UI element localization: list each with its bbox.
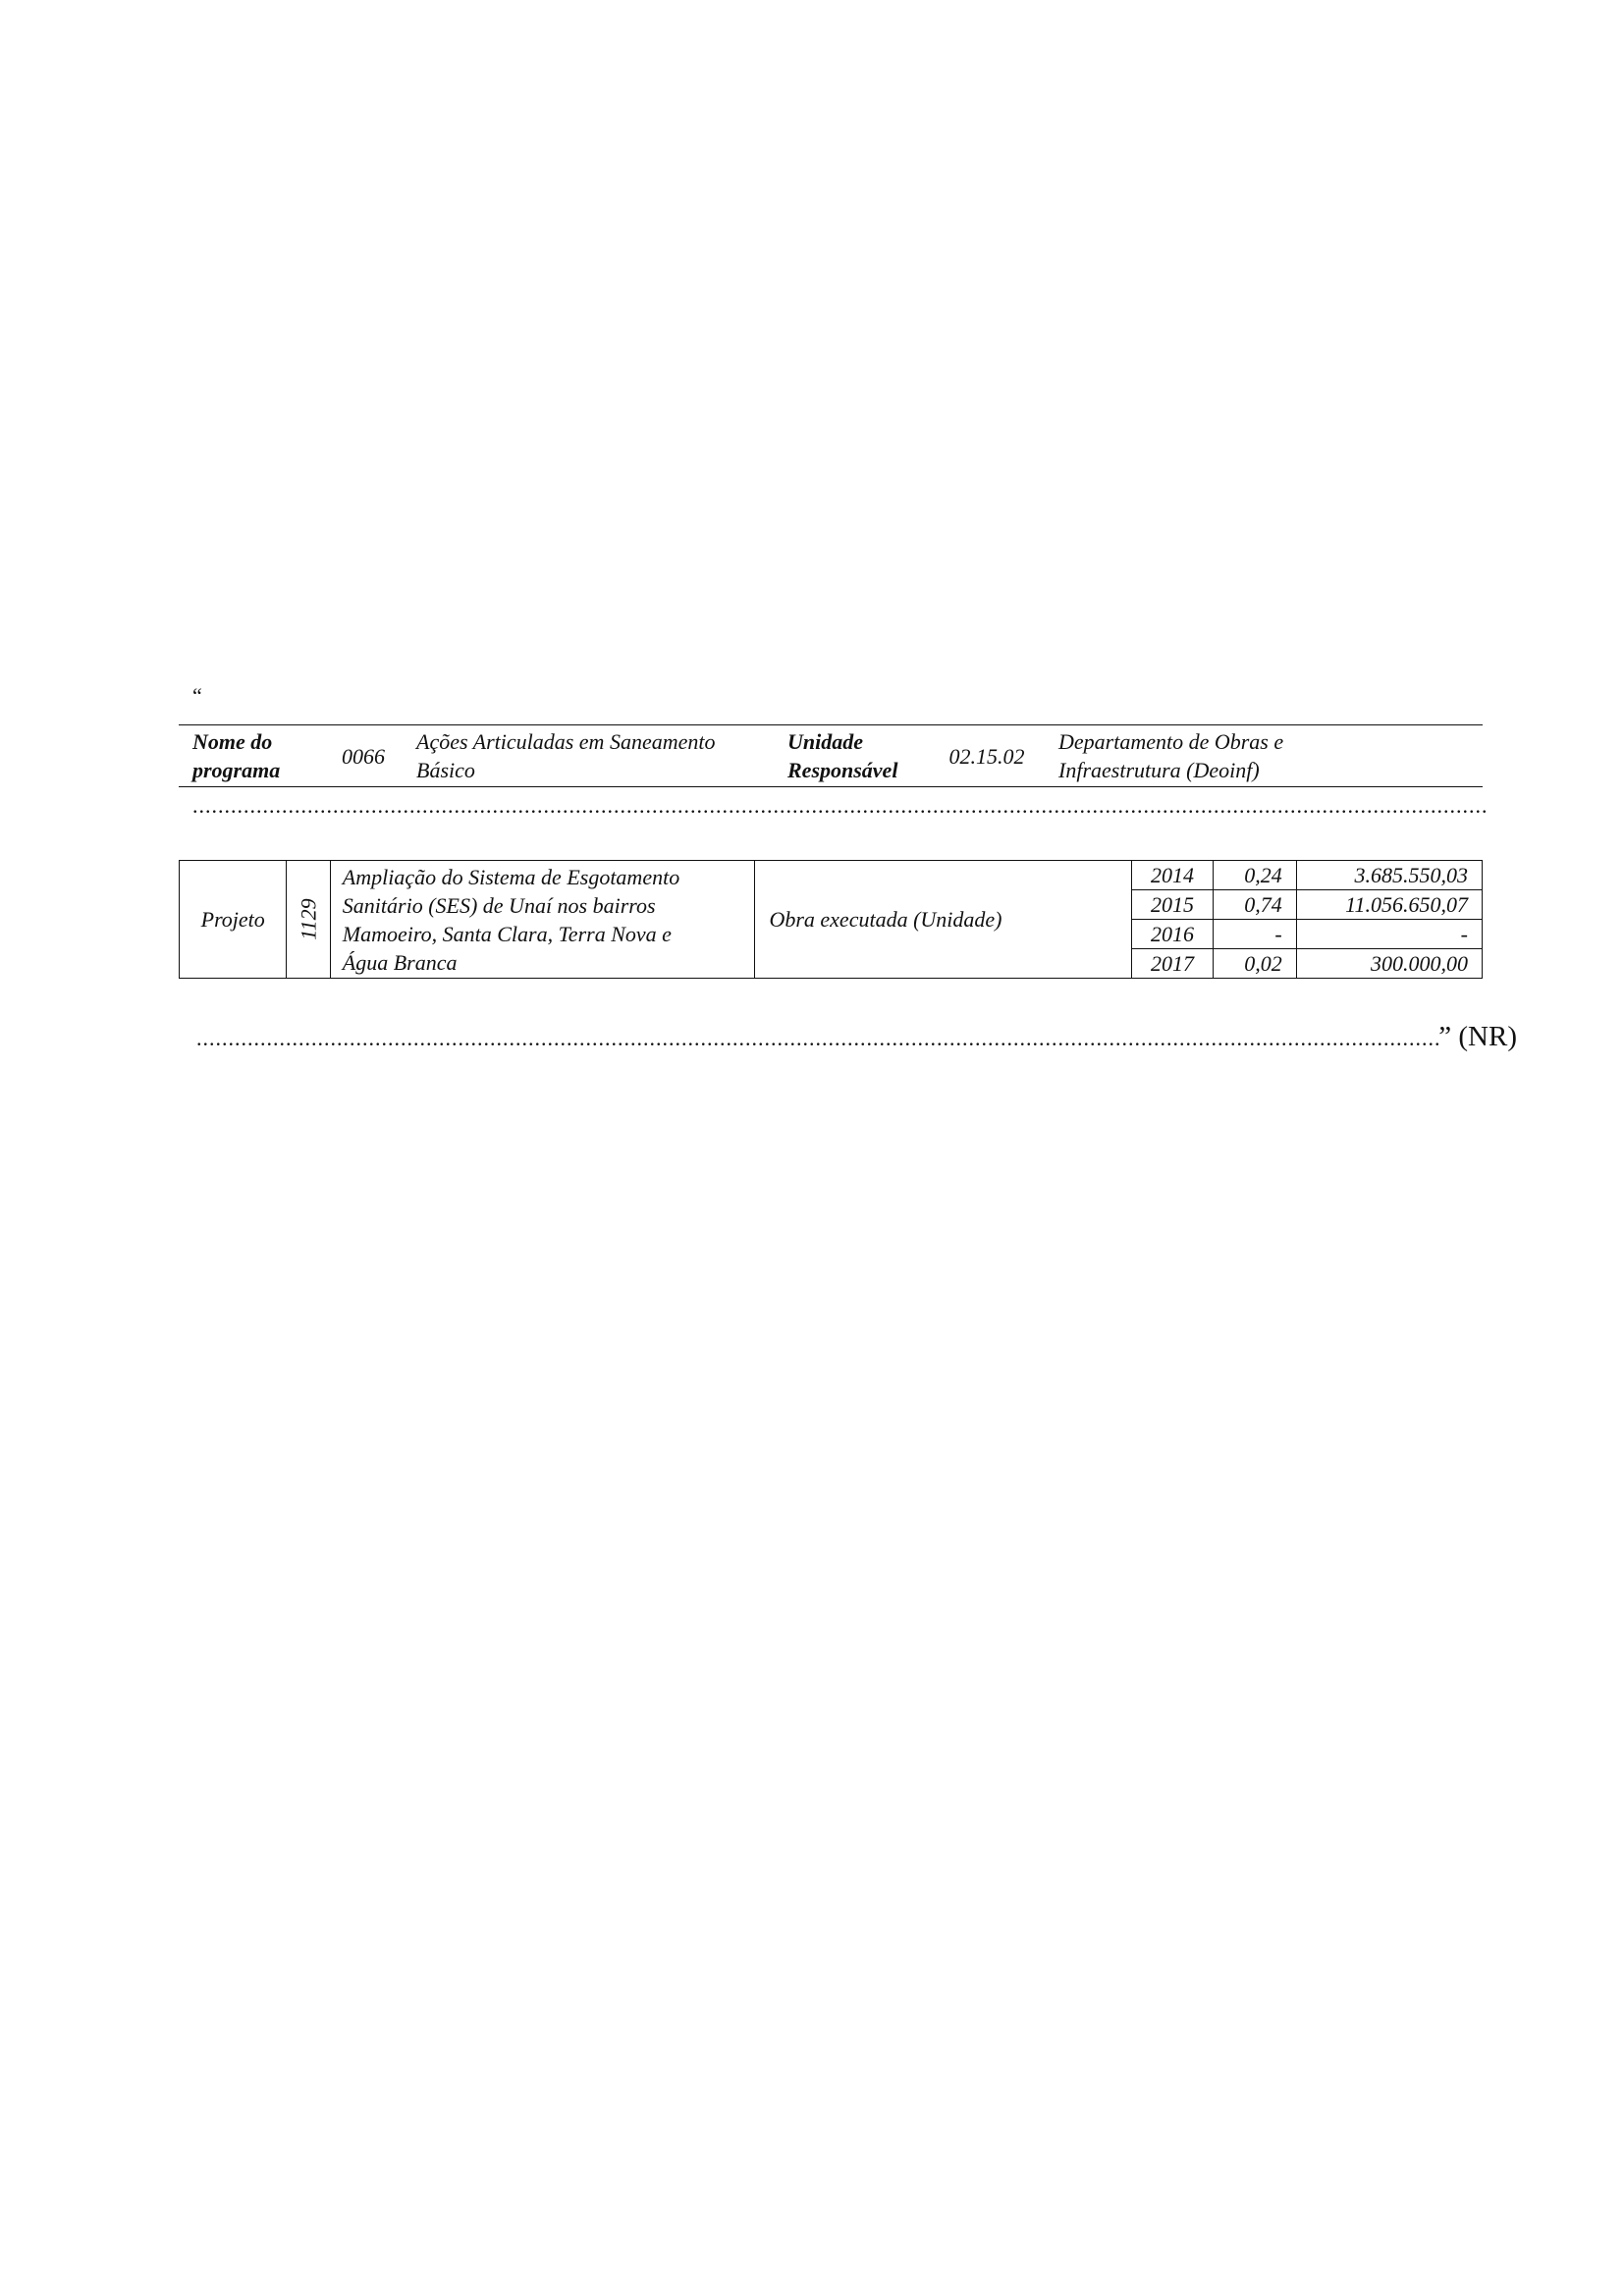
action-code: 1129 — [287, 861, 330, 979]
program-code: 0066 — [324, 725, 403, 787]
quantity-cell: 0,02 — [1213, 949, 1296, 979]
responsible-unit-name: Departamento de Obras e Infraestrutura (… — [1045, 725, 1483, 787]
ellipsis-separator: ........................................… — [192, 793, 1489, 819]
quantity-cell: 0,24 — [1213, 861, 1296, 890]
opening-quote-mark: “ — [192, 683, 202, 709]
program-header-row: Nome do programa 0066 Ações Articuladas … — [179, 725, 1483, 787]
year-cell: 2015 — [1132, 890, 1214, 920]
closing-ellipsis: ........................................… — [196, 1026, 1438, 1051]
action-row-2014: Projeto 1129 Ampliação do Sistema de Esg… — [180, 861, 1483, 890]
program-name: Ações Articuladas em Saneamento Básico — [403, 725, 774, 787]
value-cell: 300.000,00 — [1296, 949, 1482, 979]
action-type: Projeto — [180, 861, 287, 979]
action-description: Ampliação do Sistema de Esgotamento Sani… — [330, 861, 755, 979]
action-table: Projeto 1129 Ampliação do Sistema de Esg… — [179, 860, 1483, 979]
quantity-cell: 0,74 — [1213, 890, 1296, 920]
responsible-unit-label: Unidade Responsável — [774, 725, 929, 787]
closing-line: ........................................… — [196, 1021, 1517, 1053]
action-product: Obra executada (Unidade) — [755, 861, 1132, 979]
year-cell: 2016 — [1132, 920, 1214, 949]
year-cell: 2017 — [1132, 949, 1214, 979]
quantity-cell: - — [1213, 920, 1296, 949]
value-cell: - — [1296, 920, 1482, 949]
program-name-label: Nome do programa — [179, 725, 324, 787]
value-cell: 3.685.550,03 — [1296, 861, 1482, 890]
value-cell: 11.056.650,07 — [1296, 890, 1482, 920]
year-cell: 2014 — [1132, 861, 1214, 890]
program-header-table: Nome do programa 0066 Ações Articuladas … — [179, 724, 1483, 787]
responsible-unit-code: 02.15.02 — [929, 725, 1045, 787]
closing-suffix: ” (NR) — [1438, 1021, 1517, 1053]
